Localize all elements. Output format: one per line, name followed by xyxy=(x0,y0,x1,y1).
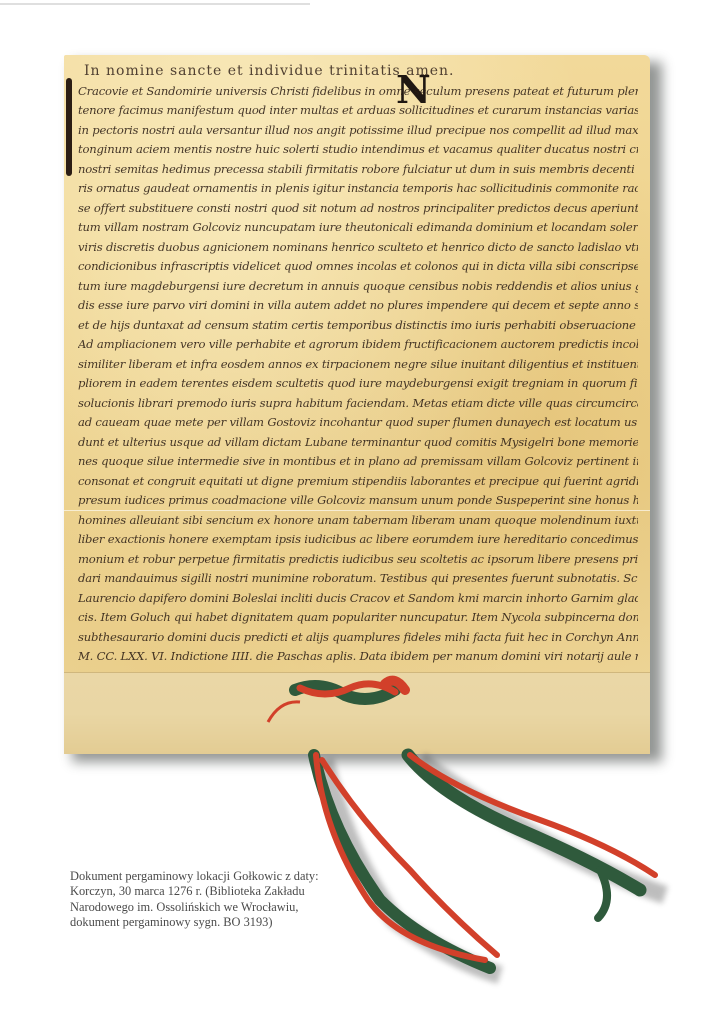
cord-right xyxy=(408,755,655,918)
cord-knot xyxy=(268,681,405,722)
figure-caption: Dokument pergaminowy lokacji Gołkowic z … xyxy=(70,869,310,930)
caption-line: Dokument pergaminowy lokacji Gołkowic z … xyxy=(70,869,310,884)
caption-line: Narodowego im. Ossolińskich we Wrocławiu… xyxy=(70,900,310,915)
caption-line: dokument pergaminowy sygn. BO 3193) xyxy=(70,915,310,930)
caption-line: Korczyn, 30 marca 1276 r. (Biblioteka Za… xyxy=(70,884,310,899)
